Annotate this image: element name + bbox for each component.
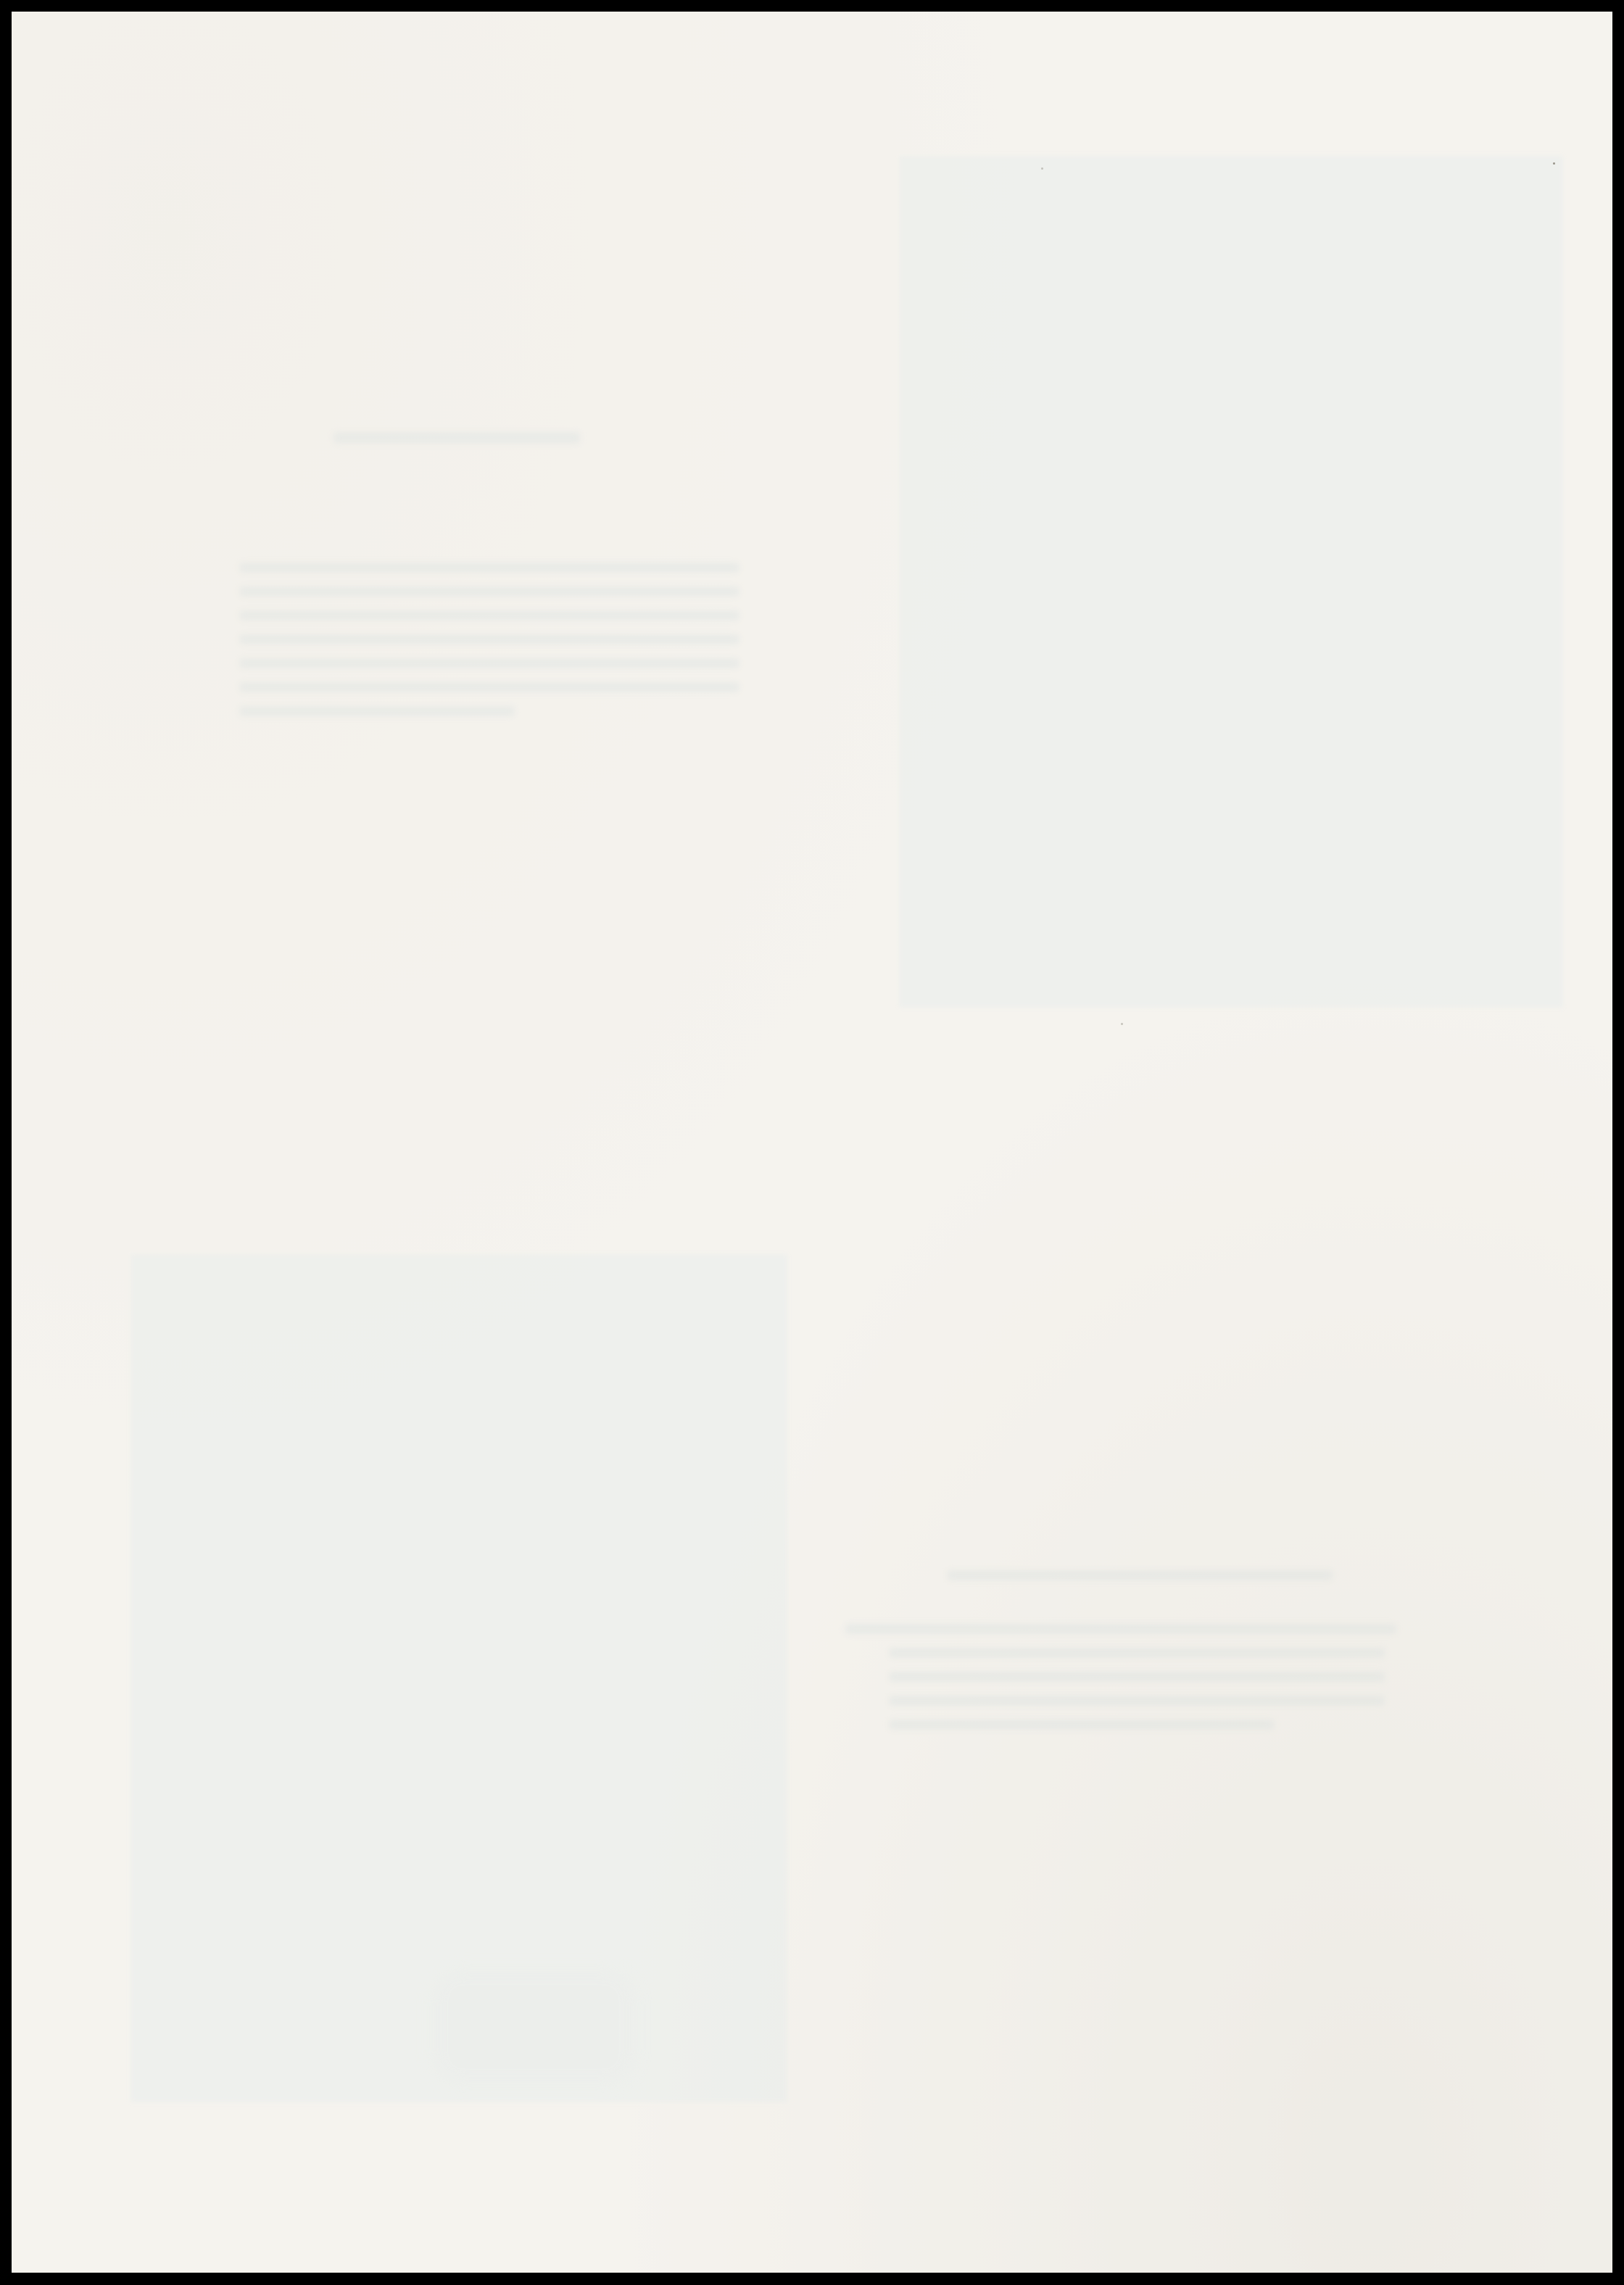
scanned-page (12, 12, 1612, 2273)
ghost-page-numeral (432, 1969, 635, 2085)
ghost-image-upper-right (899, 156, 1563, 1008)
ghost-paragraph-upper-left (239, 563, 739, 730)
dust-speck (1553, 162, 1555, 165)
ghost-paragraph-lower-right (845, 1570, 1396, 1743)
ghost-heading (333, 432, 580, 457)
dust-speck (1041, 167, 1043, 170)
dust-speck (1121, 1023, 1123, 1025)
